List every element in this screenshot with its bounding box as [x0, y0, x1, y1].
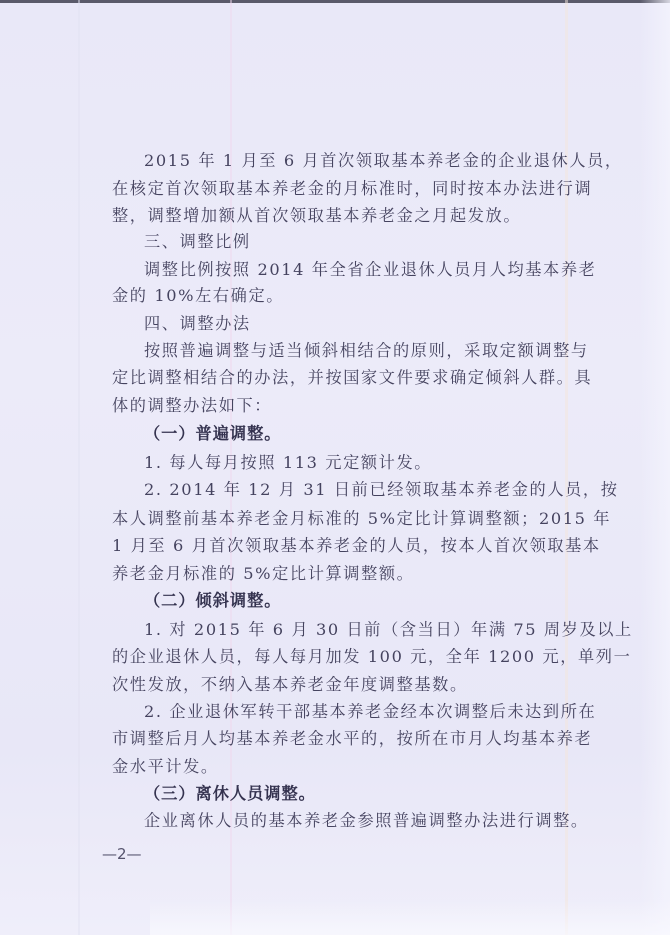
paragraph-line: 的企业退休人员，每人每月加发 100 元，全年 1200 元，单列一: [112, 647, 631, 667]
scan-edge-shading: [640, 0, 670, 935]
paragraph-line: 在核定首次领取基本养老金的月标准时，同时按本办法进行调: [112, 179, 592, 199]
paragraph-line: 1 月至 6 月首次领取基本养老金的人员，按本人首次领取基本: [112, 536, 601, 556]
section-heading: 三、调整比例: [144, 232, 251, 252]
subsection-heading: （二）倾斜调整。: [144, 591, 282, 611]
paragraph-line: 金的 10%左右确定。: [112, 286, 284, 306]
subsection-heading: （三）离休人员调整。: [144, 784, 316, 804]
section-heading: 四、调整办法: [144, 314, 251, 334]
paragraph-line: 2015 年 1 月至 6 月首次领取基本养老金的企业退休人员，: [144, 151, 623, 171]
paragraph-line: 定比调整相结合的办法，并按国家文件要求确定倾斜人群。具: [112, 368, 592, 388]
page-number: —2—: [102, 845, 142, 863]
paragraph-line: 调整比例按照 2014 年全省企业退休人员月人均基本养老: [144, 260, 596, 280]
paragraph-line: 2. 2014 年 12 月 31 日前已经领取基本养老金的人员，按: [144, 480, 618, 500]
paragraph-line: 本人调整前基本养老金月标准的 5%定比计算调整额；2015 年: [112, 509, 611, 529]
scan-streak: [78, 0, 80, 935]
paragraph-line: 1. 对 2015 年 6 月 30 日前（含当日）年满 75 周岁及以上: [144, 620, 633, 640]
paragraph-line: 2. 企业退休军转干部基本养老金经本次调整后未达到所在: [144, 702, 596, 722]
paragraph-line: 市调整后月人均基本养老金水平的，按所在市月人均基本养老: [112, 729, 592, 749]
paragraph-line: 体的调整办法如下：: [112, 396, 272, 416]
paragraph-line: 企业离休人员的基本养老金参照普遍调整办法进行调整。: [144, 811, 589, 831]
paragraph-line: 1. 每人每月按照 113 元定额计发。: [144, 453, 432, 473]
paragraph-line: 养老金月标准的 5%定比计算调整额。: [112, 564, 414, 584]
subsection-heading: （一）普遍调整。: [144, 424, 282, 444]
paragraph-line: 次性发放，不纳入基本养老金年度调整基数。: [112, 675, 468, 695]
scan-top-edge: [0, 0, 670, 3]
paragraph-line: 金水平计发。: [112, 757, 219, 777]
scan-edge-shading: [150, 900, 670, 935]
paragraph-line: 整，调整增加额从首次领取基本养老金之月起发放。: [112, 206, 521, 226]
scan-streak: [565, 0, 568, 935]
paragraph-line: 按照普遍调整与适当倾斜相结合的原则，采取定额调整与: [144, 341, 589, 361]
